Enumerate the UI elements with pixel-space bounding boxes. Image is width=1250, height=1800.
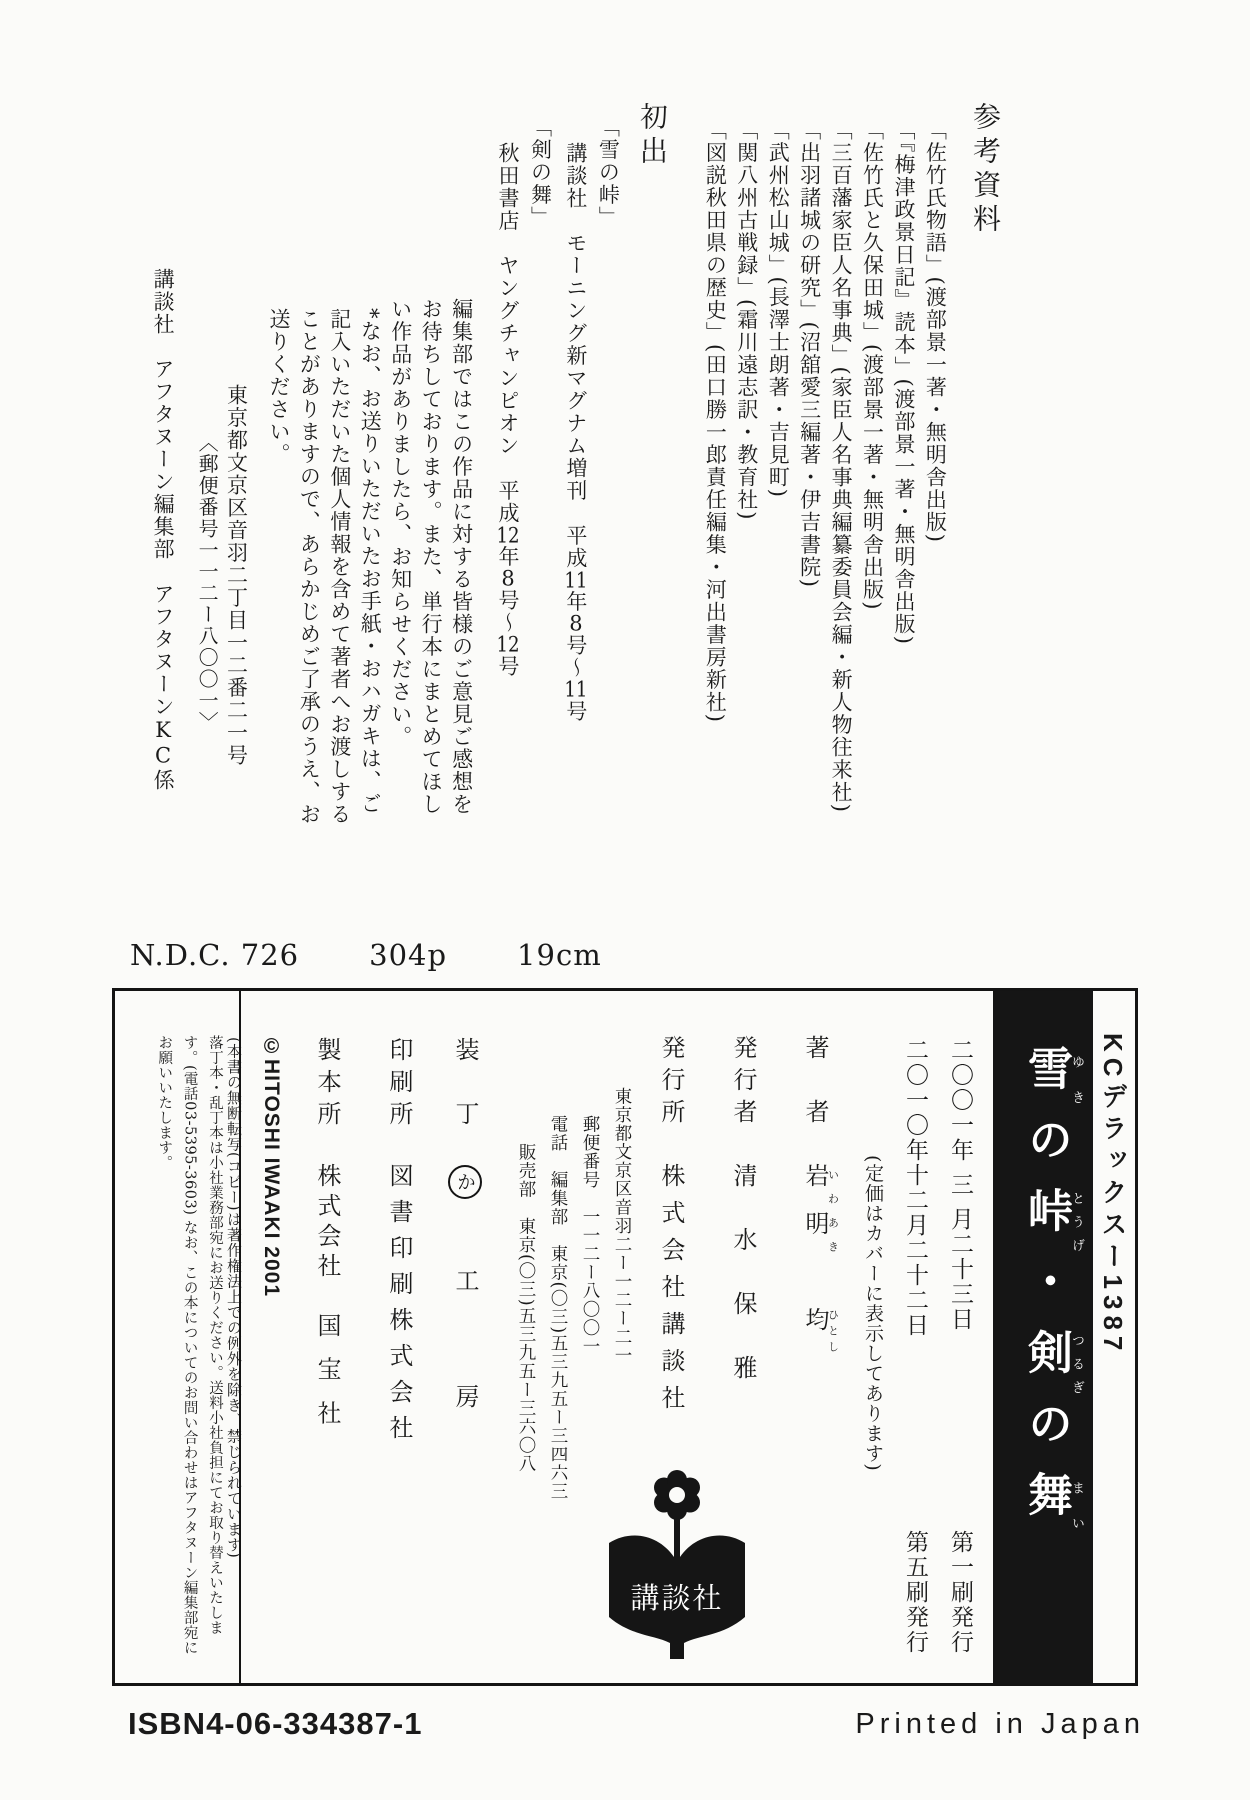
editorial-address-line: 東京都文京区音羽二丁目一二番二一号 [221, 102, 251, 826]
title-bar: 雪ゆきの峠とうげ・剣つるぎの舞まい [993, 991, 1093, 1683]
returns-note: 落丁本・乱丁本は小社業務部宛にお送りください。送料小社負担にてお取り替えいたしま… [115, 991, 241, 1683]
page-count: 304p [369, 938, 447, 972]
references-and-notes-section: 参考資料 「佐竹氏物語」(渡部景一著・無明舎出版) 「『梅津政景日記』読本」(渡… [148, 102, 1005, 826]
isbn-number: ISBN4-06-334387-1 [128, 1706, 422, 1742]
issuer-name: 清水保雅 [729, 1163, 757, 1419]
fifth-printing-line: 二〇一〇年十二月二十二日 第五刷発行 [899, 991, 932, 1683]
reference-item-3: 「佐竹氏と久保田城」(渡部景一著・無明舎出版) [857, 102, 887, 826]
publisher-phone-editorial: 電話 編集部 東京(〇三)五三九五ー三四六三 [546, 991, 571, 1683]
reference-item-5: 「出羽諸城の研究」(沼舘愛三編著・伊吉書院) [794, 102, 824, 826]
author-label: 著 者 [801, 1035, 829, 1131]
kodansha-book-flower-logo: 講談社 [603, 1469, 751, 1669]
design-label: 装 丁 [451, 1037, 479, 1133]
price-note: (定価はカバーに表示してあります) [860, 991, 887, 1683]
author-name: 岩いわ明あき 均ひとし [801, 1163, 829, 1355]
editorial-note: 編集部ではこの作品に対する皆様のご意見ご感想をお待ちしております。また、単行本に… [385, 102, 476, 826]
first-publication-heading: 初出 [631, 102, 672, 826]
design-circle-mark: か [448, 1165, 482, 1199]
work-detail-yuki-no-toge: 講談社 モーニング新マグナム増刊 平成11年8号〜11号 [560, 102, 590, 826]
reference-item-7: 「関八州古戦録」(霜川遠志訳・教育社) [731, 102, 761, 826]
ndc-code: N.D.C. 726 [130, 938, 299, 972]
publisher-postal-code: 郵便番号 一一二ー八〇〇一 [578, 991, 603, 1683]
logo-text: 講談社 [630, 1581, 723, 1615]
work-title-yuki-no-toge: 「雪の峠」 [593, 102, 623, 826]
publisher-name: 株式会社講談社 [657, 1163, 685, 1422]
issuer-label: 発行者 [729, 1035, 757, 1131]
fifth-printing-label: 第五刷発行 [899, 1530, 932, 1655]
ndc-line: N.D.C. 726304p19cm [130, 938, 672, 972]
first-printing-line: 二〇〇一年 三 月二十三日 第一刷発行 [944, 991, 977, 1683]
work-title-tsurugi-no-mai: 「剣の舞」 [525, 102, 555, 826]
design-credit-row: 装 丁 か 工 房 [448, 991, 483, 1442]
colophon-page: 参考資料 「佐竹氏物語」(渡部景一著・無明舎出版) 「『梅津政景日記』読本」(渡… [0, 0, 1250, 1800]
copyright-notice: ©HITOSHI IWAAKI 2001 [259, 991, 283, 1297]
colophon-box: KCデラックスー1387 雪ゆきの峠とうげ・剣つるぎの舞まい 二〇〇一年 三 月… [112, 988, 1138, 1686]
fifth-printing-date: 二〇一〇年十二月二十二日 [902, 1038, 928, 1338]
publisher-phone-sales: 販売部 東京(〇三)五三九五ー三六〇八 [514, 991, 539, 1683]
printer-name: 図書印刷株式会社 [385, 1163, 413, 1451]
design-studio-name: 工 房 [451, 1268, 479, 1442]
printing-dates: 二〇〇一年 三 月二十三日 第一刷発行 二〇一〇年十二月二十二日 第五刷発行 (… [855, 991, 977, 1683]
reference-item-8: 「図説秋田県の歴史」(田口勝一郎責任編集・河出書房新社) [700, 102, 730, 826]
binder-label: 製本所 [313, 1037, 341, 1133]
editorial-postal-code: 〈郵便番号一一二ー八〇〇一〉 [192, 102, 221, 826]
publisher-label: 発行所 [657, 1035, 685, 1131]
binder-name: 株式会社 国 宝 社 [313, 1163, 341, 1430]
reference-item-1: 「佐竹氏物語」(渡部景一著・無明舎出版) [920, 102, 950, 826]
series-number: KCデラックスー1387 [1095, 991, 1132, 1725]
reference-item-4: 「三百藩家臣人名事典」(家臣人名事典編纂委員会編・新人物往来社) [826, 102, 856, 826]
reference-item-6: 「武州松山城」(長澤士朗著・吉見町) [763, 102, 793, 826]
privacy-note: *なお、お送りいただいたお手紙・おハガキは、ご記入いただいた個人情報を含めて著者… [264, 102, 386, 826]
first-printing-label: 第一刷発行 [944, 1530, 977, 1655]
first-printing-date: 二〇〇一年 三 月二十三日 [947, 1038, 973, 1332]
book-size: 19cm [517, 938, 602, 972]
printer-row: 印刷所 図書印刷株式会社 [382, 991, 417, 1451]
references-heading: 参考資料 [964, 102, 1005, 826]
binder-row: 製本所 株式会社 国 宝 社 [310, 991, 345, 1430]
author-row: 著 者 岩いわ明あき 均ひとし [798, 991, 839, 1683]
book-title: 雪ゆきの峠とうげ・剣つるぎの舞まい [1014, 991, 1093, 1737]
printed-in-japan: Printed in Japan [855, 1708, 1145, 1741]
editorial-department: 講談社 アフタヌーン編集部 アフタヌーンKC係 [148, 102, 178, 826]
printer-label: 印刷所 [385, 1037, 413, 1133]
reference-item-2: 「『梅津政景日記』読本」(渡部景一著・無明舎出版) [889, 102, 919, 826]
work-detail-tsurugi-no-mai: 秋田書店 ヤングチャンピオン 平成12年8号〜12号 [493, 102, 523, 826]
